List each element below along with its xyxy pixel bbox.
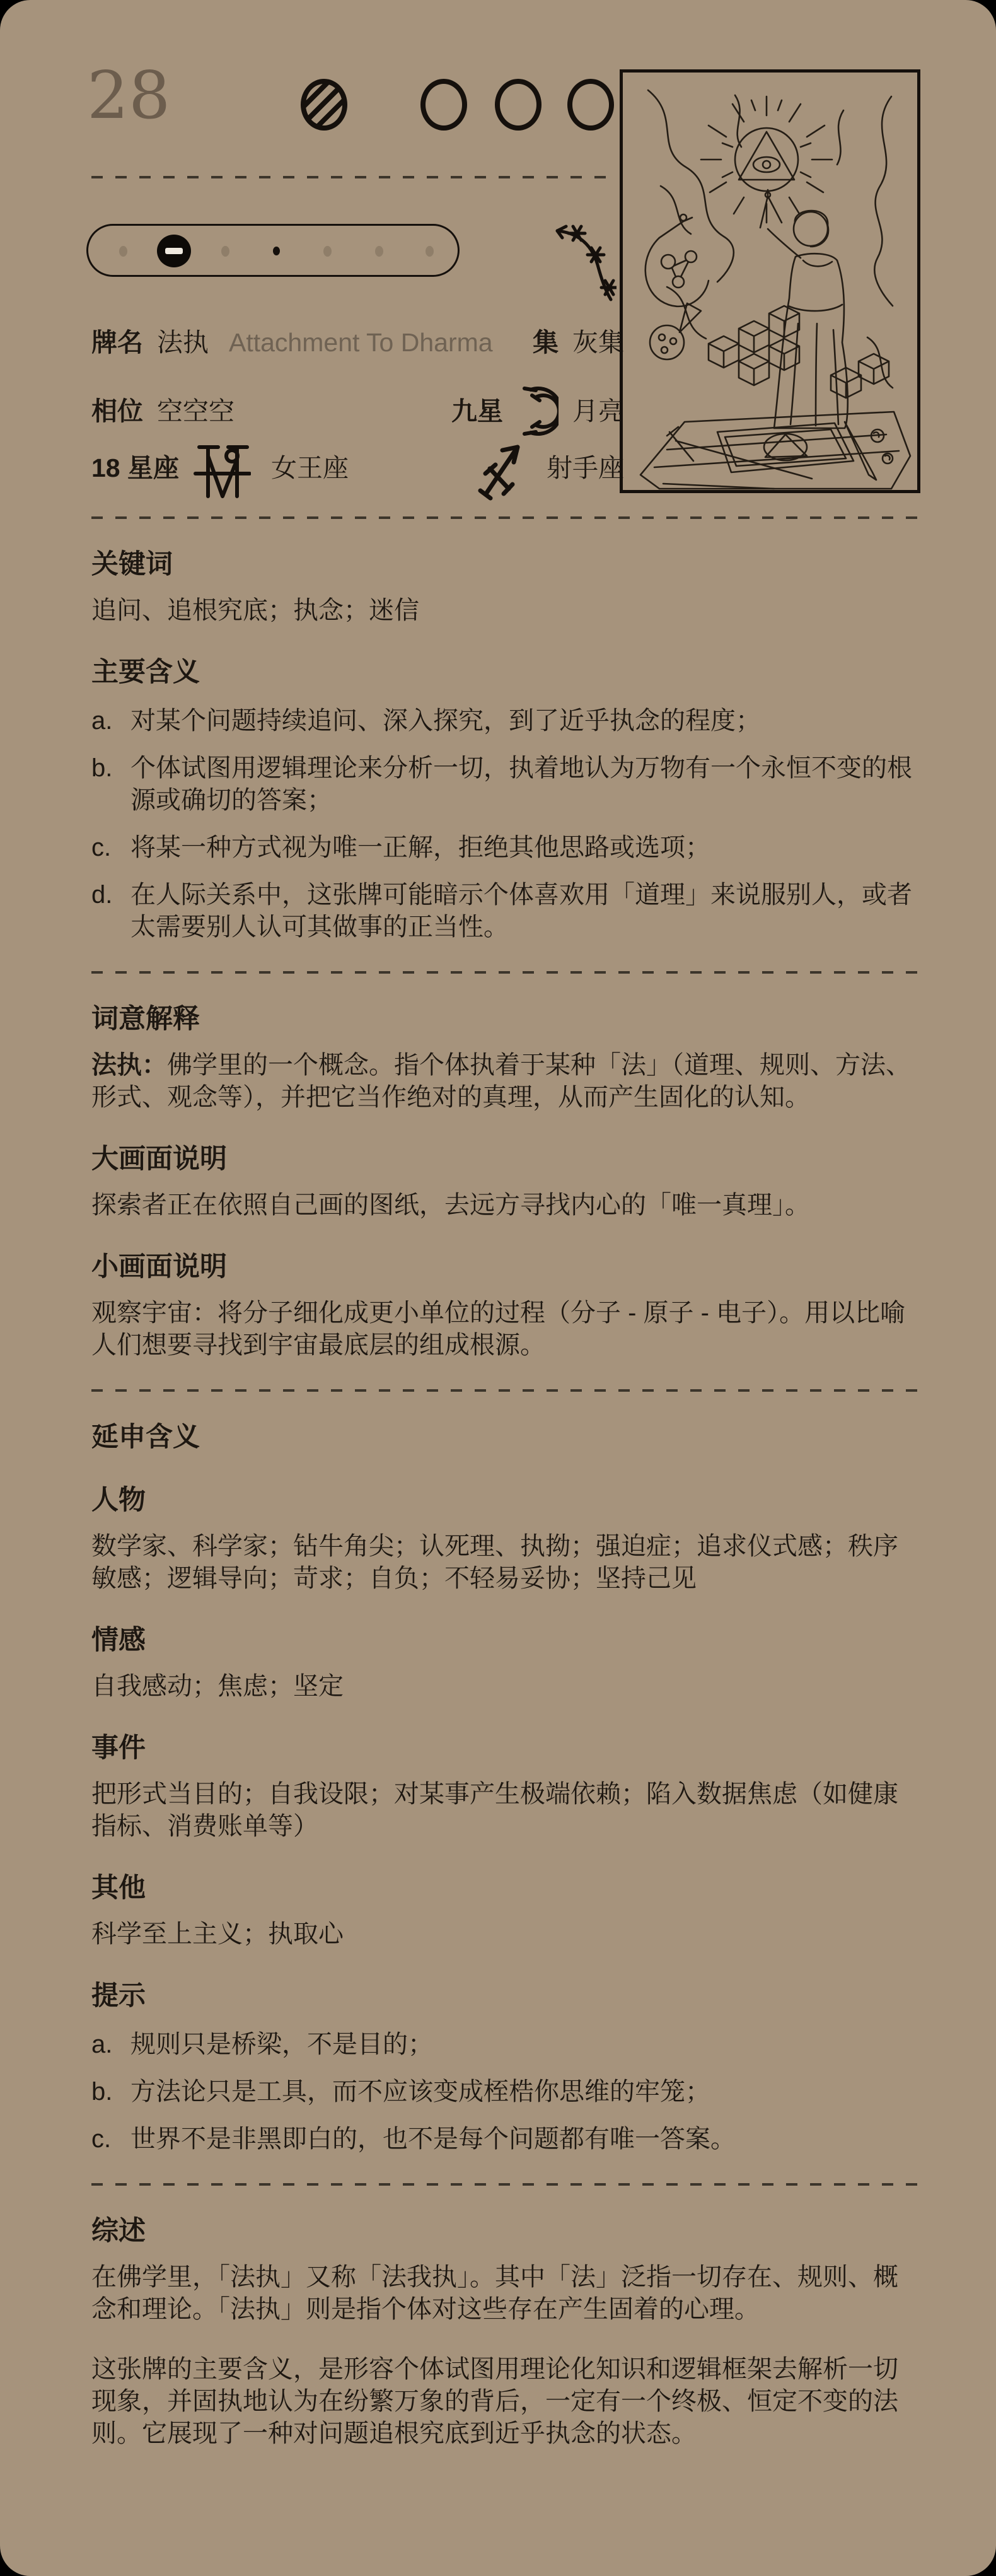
nine-star-label: 九星 (451, 393, 503, 429)
item-text: 个体试图用逻辑理论来分析一切，执着地认为万物有一个永恒不变的根源或确切的答案； (130, 752, 922, 817)
slider-dot-active (273, 247, 280, 255)
section-title-small-picture: 小画面说明 (91, 1249, 922, 1285)
item-letter: c. (91, 832, 130, 864)
keywords-text: 追问、追根究底；执念；迷信 (91, 595, 922, 627)
slider-dot (426, 246, 434, 257)
item-text: 在人际关系中，这张牌可能暗示个体喜欢用「道理」来说服别人，或者太需要别人认可其做… (130, 879, 922, 943)
page-content: 关键词 追问、追根究底；执念；迷信 主要含义 a. 对某个问题持续追问、深入探究… (0, 516, 996, 2450)
list-item: d. 在人际关系中，这张牌可能暗示个体喜欢用「道理」来说服别人，或者太需要别人认… (91, 879, 922, 943)
item-letter: b. (91, 752, 130, 817)
word-meaning-text: 法执：佛学里的一个概念。指个体执着于某种「法」（道理、规则、方法、形式、观念等）… (91, 1049, 922, 1114)
name-en: Attachment To Dharma (229, 325, 493, 360)
slider-handle[interactable] (157, 235, 191, 267)
dashed-divider (91, 516, 922, 519)
subsection-title-tips: 提示 (91, 1978, 922, 2014)
slider-dot (221, 246, 229, 257)
name-value: 法执 (157, 325, 209, 360)
brick-stairs (709, 306, 889, 398)
set-label: 集 (533, 325, 559, 360)
list-item: a. 规则只是桥梁，不是目的； (91, 2029, 922, 2061)
term-definition: 佛学里的一个概念。指个体执着于某种「法」（道理、规则、方法、形式、观念等），并把… (91, 1051, 911, 1111)
zodiac-row: 18 星座 女王座 (91, 433, 624, 503)
subsection-title-emotion: 情感 (91, 1623, 922, 1658)
dashed-divider (91, 1389, 922, 1392)
section-title-main-meaning: 主要含义 (91, 655, 922, 690)
item-letter: a. (91, 2029, 130, 2061)
card-illustration (620, 69, 920, 493)
list-item: a. 对某个问题持续追问、深入探究，到了近乎执念的程度； (91, 705, 922, 737)
section-title-big-picture: 大画面说明 (91, 1141, 922, 1177)
nine-star-value: 月亮 (572, 393, 624, 429)
name-label: 牌名 (91, 325, 143, 360)
card-number: 28 (87, 61, 170, 130)
section-title-keywords: 关键词 (91, 547, 922, 582)
section-title-summary: 综述 (91, 2213, 922, 2249)
queen-sign-icon (193, 434, 251, 501)
aspect-label: 相位 (91, 393, 143, 429)
aspect-row: 相位 空空空 九星 月亮 (91, 385, 624, 438)
zodiac-value: 女王座 (271, 450, 349, 486)
dashed-divider (91, 971, 922, 974)
small-picture-text: 观察宇宙：将分子细化成更小单位的过程（分子 - 原子 - 电子）。用以比喻人们想… (91, 1297, 922, 1361)
item-text: 世界不是非黑即白的，也不是每个问题都有唯一答案。 (130, 2123, 922, 2155)
moon-phase-empty-icon (420, 79, 467, 131)
people-text: 数学家、科学家；钻牛角尖；认死理、执拗；强迫症；追求仪式感；秩序敏感；逻辑导向；… (91, 1530, 922, 1595)
star-branch-icon (552, 219, 617, 304)
card-name-row: 牌名 法执 Attachment To Dharma 集 灰集 (91, 325, 624, 360)
item-text: 规则只是桥梁，不是目的； (130, 2029, 922, 2061)
section-title-word-meaning: 词意解释 (91, 1001, 922, 1037)
aspect-value: 空空空 (157, 393, 235, 429)
item-letter: d. (91, 879, 130, 943)
item-text: 将某一种方式视为唯一正解，拒绝其他思路或选项； (130, 832, 922, 864)
moon-phase-empty-icon (567, 79, 614, 131)
list-item: c. 将某一种方式视为唯一正解，拒绝其他思路或选项； (91, 832, 922, 864)
subsection-title-people: 人物 (91, 1483, 922, 1518)
slider-dot (375, 246, 383, 257)
card-art (623, 73, 917, 490)
item-text: 方法论只是工具，而不应该变成桎梏你思维的牢笼； (130, 2076, 922, 2108)
minus-icon (165, 248, 183, 254)
moon-phase-empty-icon (495, 79, 541, 131)
dashed-divider (91, 176, 607, 178)
crescent-moon-icon (517, 385, 559, 438)
progress-slider[interactable] (86, 224, 460, 277)
item-letter: c. (91, 2123, 130, 2155)
set-value: 灰集 (572, 325, 624, 360)
zodiac-alt-value: 射手座 (547, 450, 624, 486)
emotion-text: 自我感动；焦虑；坚定 (91, 1670, 922, 1703)
zodiac-label: 18 星座 (91, 450, 179, 486)
summary-paragraph: 在佛学里，「法执」又称「法我执」。其中「法」泛指一切存在、规则、概念和理论。「法… (91, 2261, 922, 2326)
moon-phase-filled-icon (301, 79, 347, 131)
other-text: 科学至上主义；执取心 (91, 1918, 922, 1950)
item-letter: b. (91, 2076, 130, 2108)
list-item: b. 个体试图用逻辑理论来分析一切，执着地认为万物有一个永恒不变的根源或确切的答… (91, 752, 922, 817)
molecule-diagram (646, 214, 709, 359)
term: 法执： (91, 1051, 167, 1079)
summary-paragraph: 这张牌的主要含义，是形容个体试图用理论化知识和逻辑框架去解析一切现象，并固执地认… (91, 2353, 922, 2450)
dashed-divider (91, 2183, 922, 2186)
sagittarius-icon (477, 433, 526, 503)
section-title-extended: 延申含义 (91, 1419, 922, 1455)
page-header: 28 牌名 (0, 0, 996, 516)
subsection-title-event: 事件 (91, 1730, 922, 1766)
big-picture-text: 探索者正在依照自己画的图纸，去远方寻找内心的「唯一真理」。 (91, 1189, 922, 1221)
slider-dot (119, 246, 127, 257)
list-item: c. 世界不是非黑即白的，也不是每个问题都有唯一答案。 (91, 2123, 922, 2155)
subsection-title-other: 其他 (91, 1870, 922, 1906)
item-letter: a. (91, 705, 130, 737)
list-item: b. 方法论只是工具，而不应该变成桎梏你思维的牢笼； (91, 2076, 922, 2108)
item-text: 对某个问题持续追问、深入探究，到了近乎执念的程度； (130, 705, 922, 737)
card-detail-page: 28 牌名 (0, 0, 996, 2576)
slider-dot (323, 246, 332, 257)
event-text: 把形式当目的；自我设限；对某事产生极端依赖；陷入数据焦虑（如健康指标、消费账单等… (91, 1778, 922, 1843)
